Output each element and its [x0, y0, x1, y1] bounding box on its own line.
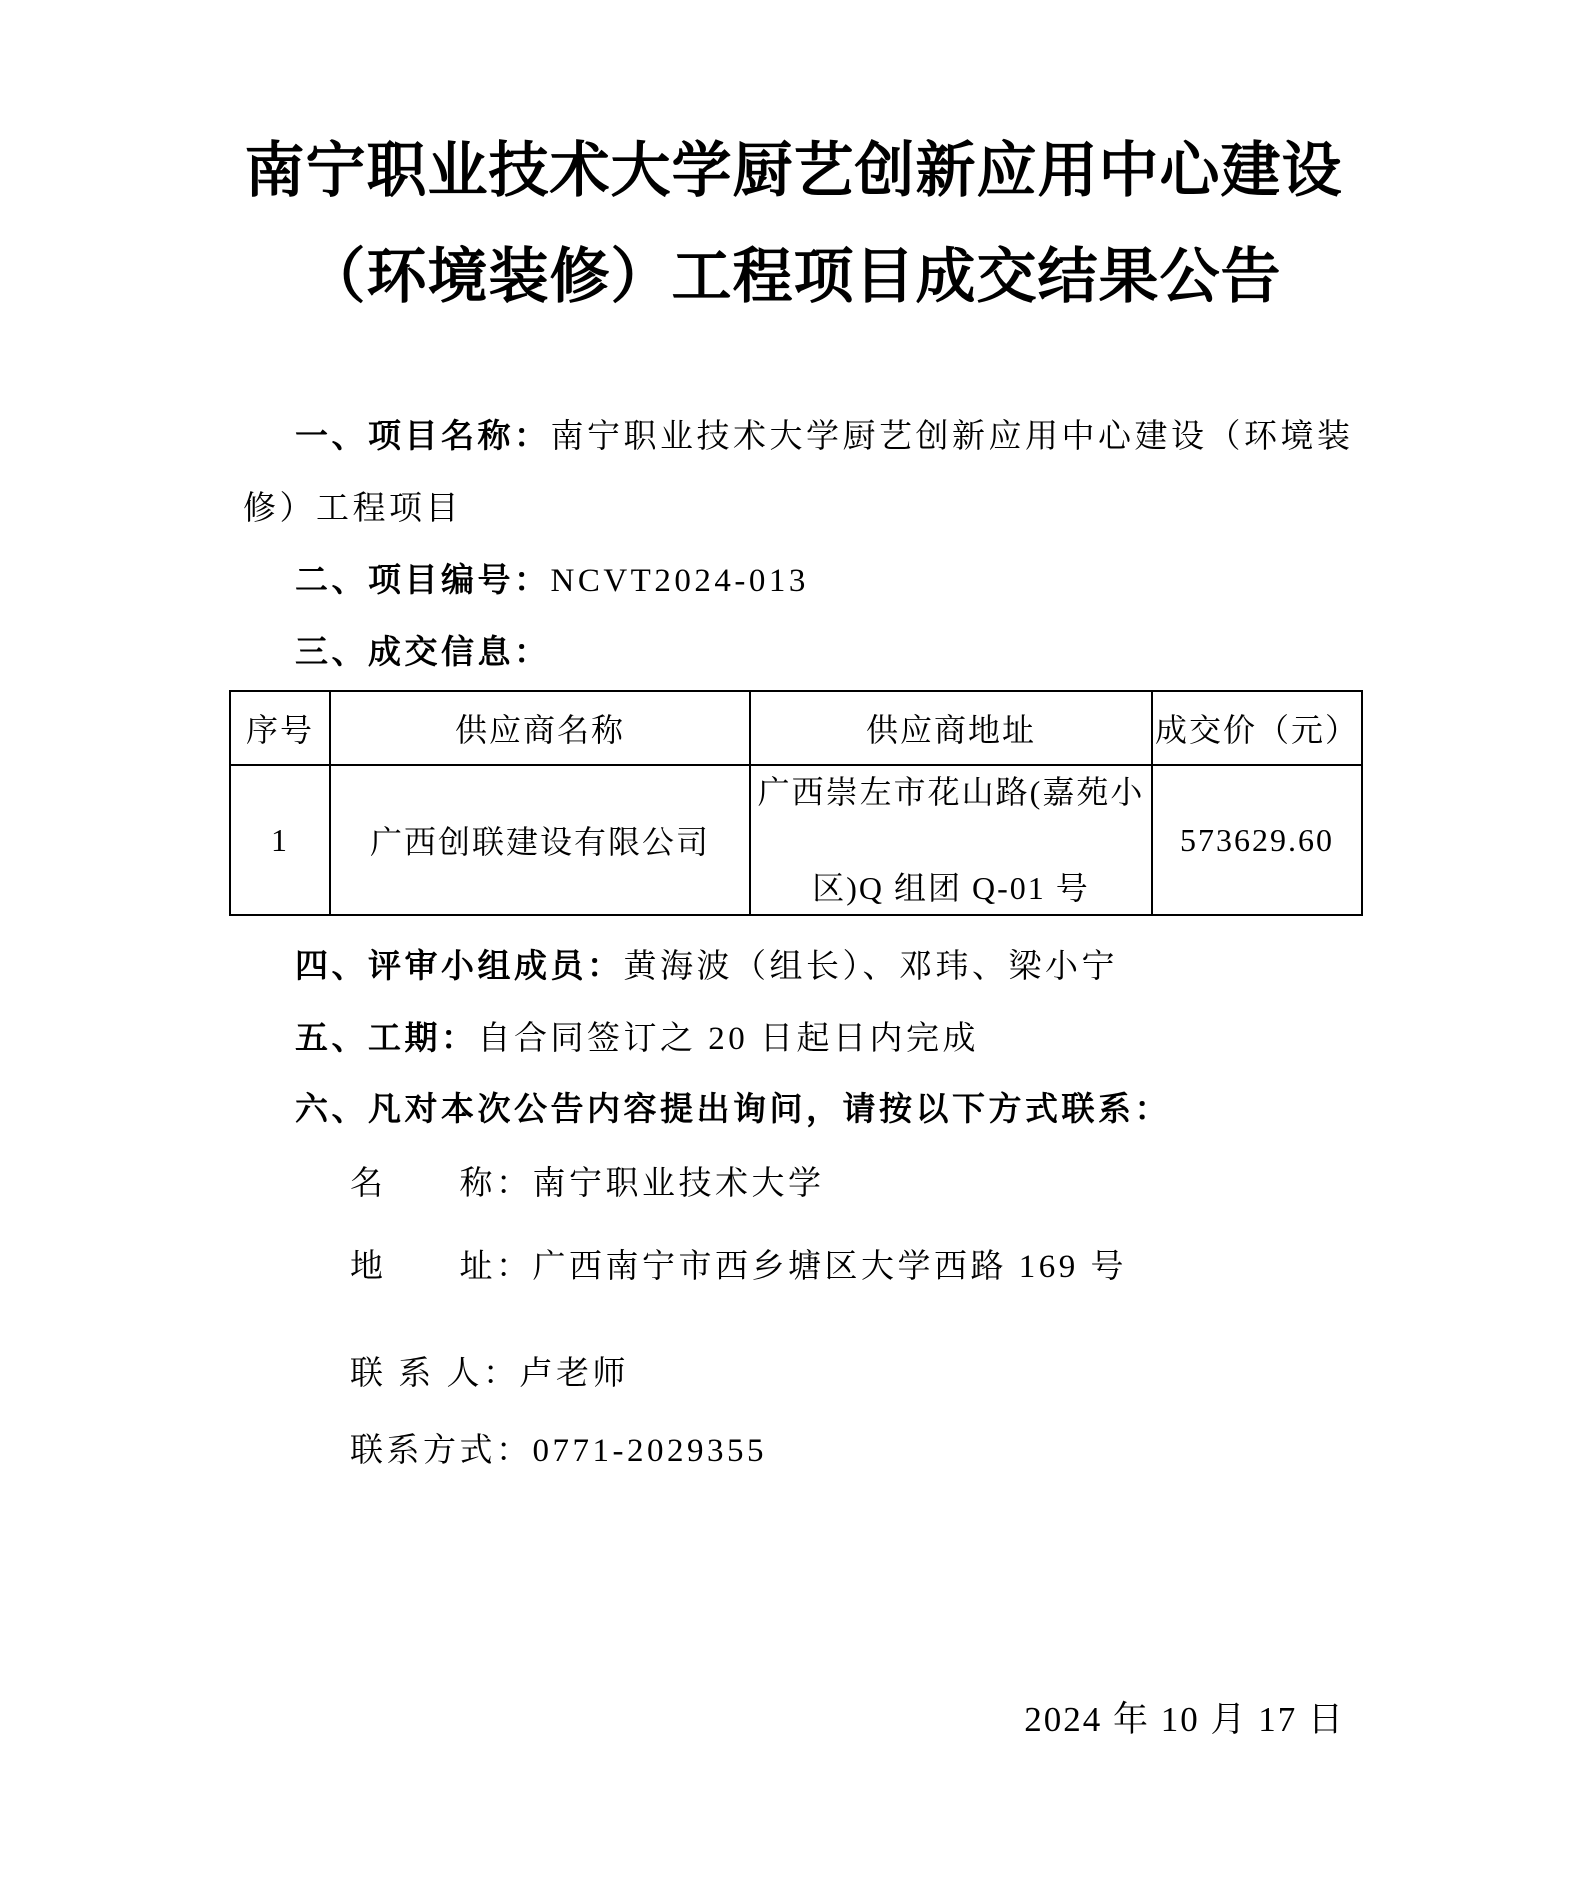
section-1-project-name-line-2: 修）工程项目	[243, 487, 1353, 531]
contact-phone-label: 联系方式：	[350, 1433, 533, 1469]
doc-title-line-1: 南宁职业技术大学厨艺创新应用中心建设	[0, 118, 1587, 224]
award-table-row: 1 广西创联建设有限公司 广西崇左市花山路(嘉苑小 区)Q 组团 Q-01 号 …	[230, 765, 1362, 915]
cell-no: 1	[230, 765, 330, 915]
cell-address-lines: 广西崇左市花山路(嘉苑小 区)Q 组团 Q-01 号	[751, 744, 1151, 936]
section-6-label: 六、凡对本次公告内容提出询问，请按以下方式联系：	[295, 1092, 1171, 1128]
section-4-label: 四、评审小组成员：	[295, 949, 624, 985]
section-1-wrap-text: 修）工程项目	[243, 491, 462, 527]
contact-address-value: 广西南宁市西乡塘区大学西路 169 号	[533, 1249, 1128, 1285]
section-1-project-name-line-1: 一、项目名称：南宁职业技术大学厨艺创新应用中心建设（环境装	[243, 415, 1405, 459]
section-3-award-info: 三、成交信息：	[243, 631, 1405, 675]
contact-person-value: 卢老师	[520, 1356, 630, 1392]
header-supplier: 供应商名称	[330, 691, 750, 765]
contact-name-label: 名 称：	[350, 1166, 533, 1202]
contact-phone-value: 0771-2029355	[533, 1433, 768, 1469]
award-table: 序号 供应商名称 供应商地址 成交价（元） 1 广西创联建设有限公司 广西崇左市…	[229, 690, 1363, 916]
announcement-date: 2024 年 10 月 17 日	[243, 1692, 1345, 1742]
header-no: 序号	[230, 691, 330, 765]
section-2-label: 二、项目编号：	[295, 563, 551, 599]
contact-phone-line: 联系方式：0771-2029355	[243, 1429, 1460, 1473]
section-1-text: 南宁职业技术大学厨艺创新应用中心建设（环境装	[551, 419, 1354, 455]
section-4-value: 黄海波（组长）、邓玮、梁小宁	[624, 949, 1119, 985]
contact-name-value: 南宁职业技术大学	[533, 1166, 825, 1202]
contact-address-label: 地 址：	[350, 1249, 533, 1285]
section-5-value: 自合同签订之 20 日起日内完成	[478, 1021, 980, 1057]
cell-address-line-1: 广西崇左市花山路(嘉苑小	[751, 744, 1151, 840]
cell-address: 广西崇左市花山路(嘉苑小 区)Q 组团 Q-01 号	[750, 765, 1152, 915]
contact-person-line: 联 系 人：卢老师	[243, 1352, 1460, 1396]
contact-name-line: 名 称：南宁职业技术大学	[243, 1162, 1460, 1206]
section-5-label: 五、工期：	[295, 1021, 478, 1057]
section-2-value: NCVT2024-013	[551, 563, 809, 599]
cell-address-line-2: 区)Q 组团 Q-01 号	[751, 840, 1151, 936]
section-6-inquiry: 六、凡对本次公告内容提出询问，请按以下方式联系：	[243, 1088, 1405, 1132]
cell-supplier: 广西创联建设有限公司	[330, 765, 750, 915]
document-page: 南宁职业技术大学厨艺创新应用中心建设 （环境装修）工程项目成交结果公告 一、项目…	[0, 0, 1587, 1886]
doc-title: 南宁职业技术大学厨艺创新应用中心建设 （环境装修）工程项目成交结果公告	[0, 118, 1587, 330]
contact-person-label: 联 系 人：	[350, 1356, 520, 1392]
section-4-review-panel: 四、评审小组成员：黄海波（组长）、邓玮、梁小宁	[243, 945, 1405, 989]
header-price: 成交价（元）	[1152, 691, 1362, 765]
cell-price: 573629.60	[1152, 765, 1362, 915]
section-3-label: 三、成交信息：	[295, 635, 551, 671]
section-2-project-number: 二、项目编号：NCVT2024-013	[243, 559, 1405, 603]
contact-address-line: 地 址：广西南宁市西乡塘区大学西路 169 号	[243, 1245, 1460, 1289]
section-5-duration: 五、工期：自合同签订之 20 日起日内完成	[243, 1017, 1405, 1061]
section-1-label: 一、项目名称：	[295, 419, 551, 455]
doc-title-line-2: （环境装修）工程项目成交结果公告	[0, 224, 1587, 330]
